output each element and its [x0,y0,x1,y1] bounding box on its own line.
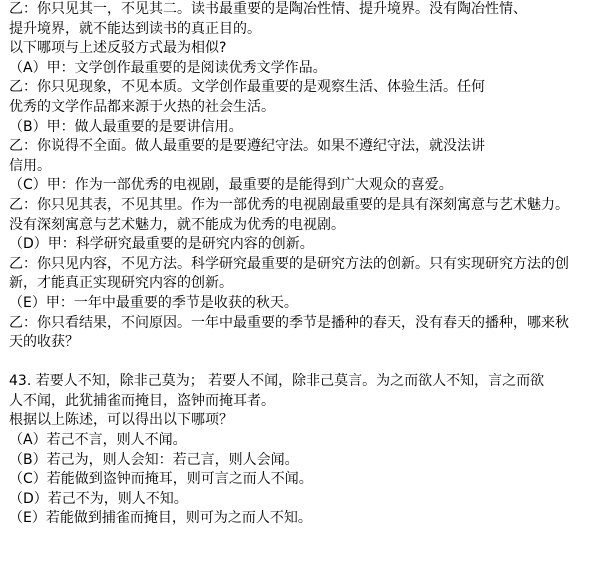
option-b-line: （B）甲：做人最重要的是要讲信用。 [9,118,589,138]
question-43: 43. 若要人不知，除非己莫为； 若要人不闻，除非己莫言。为之而欲人不知，言之而… [9,372,589,529]
option-c-line: 没有深刻寓意与艺术魅力，就不能成为优秀的电视剧。 [9,216,589,236]
option-c: （C）甲：作为一部优秀的电视剧，最重要的是能得到广大观众的喜爱。 乙：你只见其表… [9,176,589,235]
option-a: （A）甲：文学创作最重要的是阅读优秀文学作品。 乙：你只见现象，不见本质。文学创… [9,59,589,118]
option-b: （B）若己为，则人会知：若己言，则人会闻。 [9,451,589,471]
option-d-line: 乙：你只见内容，不见方法。科学研究最重要的是研究方法的创新。只有实现研究方法的创 [9,255,589,275]
option-d-line: （D）甲：科学研究最重要的是研究内容的创新。 [9,235,589,255]
option-d: （D）甲：科学研究最重要的是研究内容的创新。 乙：你只见内容，不见方法。科学研究… [9,235,589,294]
option-a: （A）若己不言，则人不闻。 [9,431,589,451]
option-c: （C）若能做到盗钟而掩耳，则可言之而人不闻。 [9,470,589,490]
option-c-line: （C）甲：作为一部优秀的电视剧，最重要的是能得到广大观众的喜爱。 [9,176,589,196]
option-e: （E）甲：一年中最重要的季节是收获的秋天。 乙：你只看结果，不问原因。一年中最重… [9,294,589,353]
option-e-line: 乙：你只看结果，不问原因。一年中最重要的季节是播种的春天，没有春天的播种，哪来秋 [9,314,589,334]
option-e: （E）若能做到捕雀而掩目，则可为之而人不知。 [9,509,589,529]
option-b: （B）甲：做人最重要的是要讲信用。 乙：你说得不全面。做人最重要的是要遵纪守法。… [9,118,589,177]
passage-line: 乙：你只见其一，不见其二。读书最重要的是陶冶性情、提升境界。没有陶冶性情、 [9,0,589,20]
option-d: （D）若己不为，则人不知。 [9,490,589,510]
option-c-line: 乙：你只见其表，不见其里。作为一部优秀的电视剧最重要的是具有深刻寓意与艺术魅力。 [9,196,589,216]
option-e-line: （E）甲：一年中最重要的季节是收获的秋天。 [9,294,589,314]
option-b-line: 乙：你说得不全面。做人最重要的是要遵纪守法。如果不遵纪守法，就没法讲 [9,137,589,157]
passage-line: 提升境界，就不能达到读书的真正目的。 [9,20,589,40]
question-prompt: 以下哪项与上述反驳方式最为相似? [9,39,589,59]
option-a-line: （A）甲：文学创作最重要的是阅读优秀文学作品。 [9,59,589,79]
blank-spacer [9,353,589,373]
option-e-line: 天的收获？ [9,333,589,353]
question-42-tail: 乙：你只见其一，不见其二。读书最重要的是陶冶性情、提升境界。没有陶冶性情、 提升… [9,0,589,353]
option-d-line: 新，才能真正实现研究内容的创新。 [9,274,589,294]
option-a-line: 乙：你只见现象，不见本质。文学创作最重要的是观察生活、体验生活。任何 [9,78,589,98]
question-stem-line: 人不闻，此犹捕雀而掩目，盗钟而掩耳者。 [9,392,589,412]
document-body: 乙：你只见其一，不见其二。读书最重要的是陶冶性情、提升境界。没有陶冶性情、 提升… [9,0,589,529]
option-a-line: 优秀的文学作品都来源于火热的社会生活。 [9,98,589,118]
option-b-line: 信用。 [9,157,589,177]
question-stem-line: 43. 若要人不知，除非己莫为； 若要人不闻，除非己莫言。为之而欲人不知，言之而… [9,372,589,392]
question-prompt: 根据以上陈述，可以得出以下哪项？ [9,411,589,431]
